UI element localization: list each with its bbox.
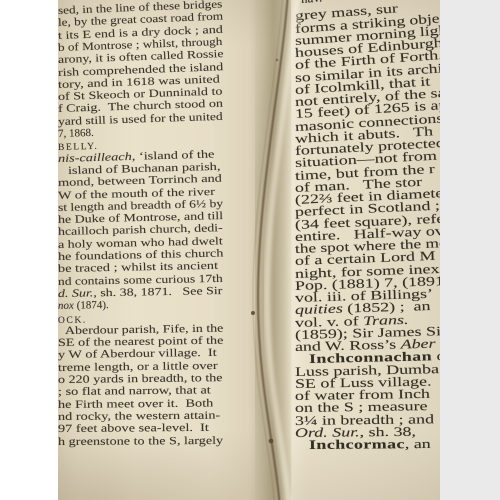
text-line: nav.	[301, 0, 323, 5]
text-line: nox (1874).	[58, 299, 109, 312]
text-line: nd rocky, the western attain-	[58, 409, 220, 422]
text-fragment: 7, 1868.	[58, 127, 94, 140]
gutter-page-highlight	[267, 0, 297, 500]
gutter-broad-shadow	[258, 0, 288, 500]
text-fragment: nd rocky, the western attain-	[58, 409, 220, 422]
text-fragment: , an	[405, 436, 431, 451]
text-fragment: d. Sur.	[58, 287, 93, 300]
text-line: d. Sur., sh. 38, 1871. See Sir	[58, 285, 222, 300]
left-page: sed, in the line of these bridgesle, by …	[58, 0, 225, 500]
text-fragment: , sh. 38, 1871. See Sir	[93, 285, 222, 299]
text-line: Inchcormac, an	[309, 438, 431, 452]
text-fragment: y W of Aberdour village. It	[58, 347, 217, 361]
text-fragment: ; so flat and narrow, that at	[58, 385, 211, 399]
text-line: y W of Aberdour village. It	[58, 347, 217, 361]
left-white-margin	[0, 0, 58, 500]
entry-name-bold: Inchcormac	[309, 436, 405, 452]
text-fragment: he Firth meet over it. Both	[58, 397, 213, 411]
page-speck	[269, 439, 274, 444]
text-fragment: nis-cailleach	[58, 150, 132, 164]
text-line: h greenstone to the S, largely	[58, 434, 223, 447]
text-fragment: nav.	[300, 0, 322, 6]
text-line: he Firth meet over it. Both	[58, 397, 213, 411]
page-speck	[276, 59, 279, 62]
gutter-crease-secondary	[253, 0, 283, 500]
text-fragment: nox	[58, 300, 74, 312]
text-line: ; so flat and narrow, that at	[58, 385, 211, 399]
text-fragment: 97 feet above sea-level. It	[58, 422, 209, 435]
open-book: sed, in the line of these bridgesle, by …	[58, 0, 440, 500]
page-speck	[251, 311, 255, 315]
text-line: 97 feet above sea-level. It	[58, 422, 209, 435]
text-fragment: h greenstone to the S, largely	[58, 434, 223, 447]
right-page: nav.grey mass, surforms a striking objec…	[295, 0, 440, 500]
gutter-soft-shadow	[258, 0, 288, 500]
gutter-crease-line	[258, 0, 288, 500]
right-gray-margin	[440, 0, 500, 500]
text-fragment: (1874).	[74, 299, 109, 312]
text-line: 7, 1868.	[58, 127, 94, 140]
book-photo: sed, in the line of these bridgesle, by …	[0, 0, 500, 500]
